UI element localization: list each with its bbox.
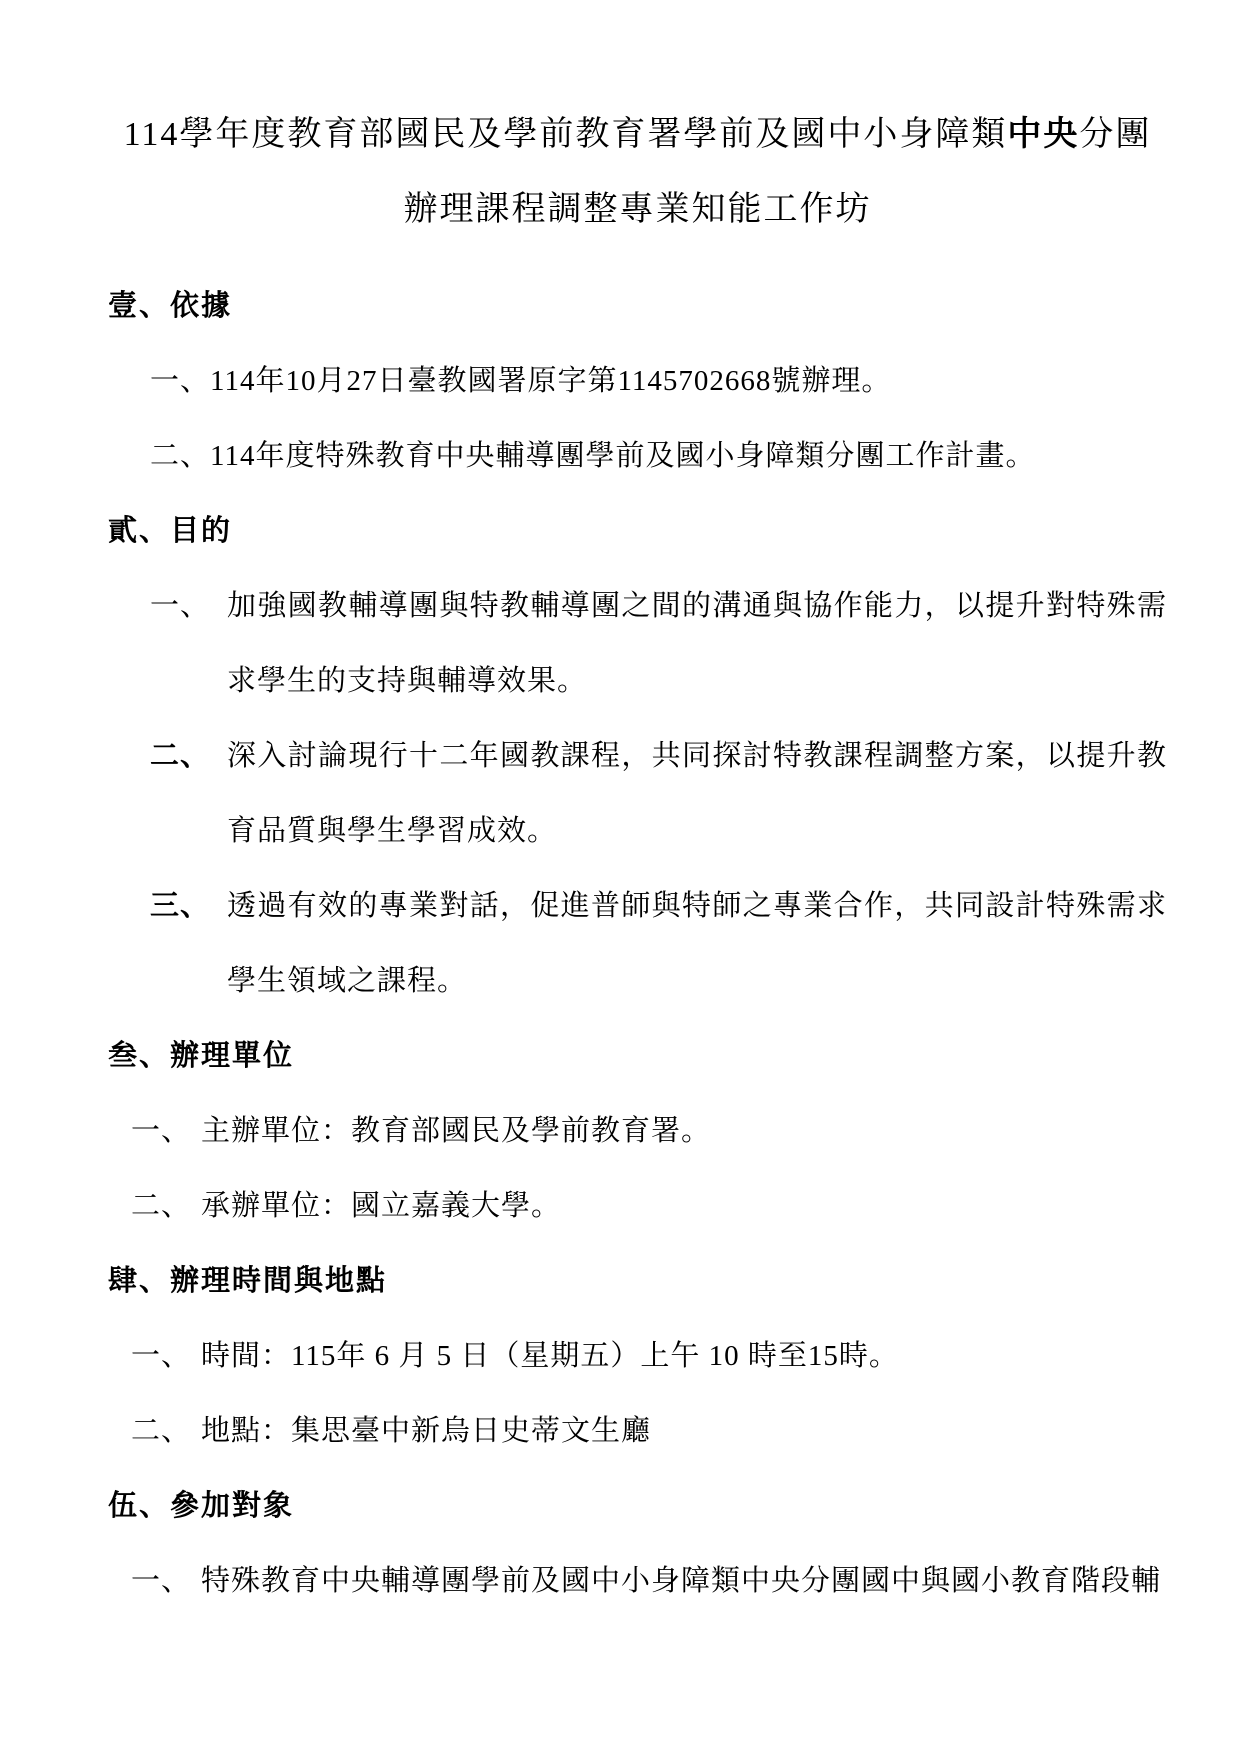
list-item: 一、時間：115年 6 月 5 日（星期五）上午 10 時至15時。 <box>131 1319 1167 1394</box>
item-text: 114年10月27日臺教國署原字第1145702668號辦理。 <box>210 365 891 397</box>
document-page: 114學年度教育部國民及學前教育署學前及國中小身障類中央分團 辦理課程調整專業知… <box>0 0 1241 1755</box>
list-item: 二、深入討論現行十二年國教課程，共同探討特教課程調整方案，以提升教育品質與學生學… <box>150 719 1167 869</box>
item-number: 二、 <box>150 440 210 472</box>
list-item: 二、114年度特殊教育中央輔導團學前及國小身障類分團工作計畫。 <box>150 419 1167 494</box>
item-number: 一、 <box>131 1544 201 1619</box>
section-heading-2: 貳、目的 <box>108 494 1167 569</box>
item-number: 一、 <box>131 1094 201 1169</box>
list-item: 一、主辦單位：教育部國民及學前教育署。 <box>131 1094 1167 1169</box>
item-text: 特殊教育中央輔導團學前及國中小身障類中央分團國中與國小教育階段輔 <box>201 1544 1167 1619</box>
item-text: 承辦單位：國立嘉義大學。 <box>201 1169 1167 1244</box>
item-number: 一、 <box>131 1319 201 1394</box>
list-item: 一、114年10月27日臺教國署原字第1145702668號辦理。 <box>150 344 1167 419</box>
list-item: 二、承辦單位：國立嘉義大學。 <box>131 1169 1167 1244</box>
item-text: 時間：115年 6 月 5 日（星期五）上午 10 時至15時。 <box>201 1319 1167 1394</box>
item-number: 一、 <box>150 365 210 397</box>
list-item: 三、透過有效的專業對話，促進普師與特師之專業合作，共同設計特殊需求學生領域之課程… <box>150 869 1167 1019</box>
item-number: 二、 <box>131 1169 201 1244</box>
section-heading-4: 肆、辦理時間與地點 <box>108 1244 1167 1319</box>
title-line1-text-post: 分團 <box>1079 116 1151 153</box>
list-item: 一、加強國教輔導團與特教輔導團之間的溝通與協作能力，以提升對特殊需求學生的支持與… <box>150 569 1167 719</box>
document-title: 114學年度教育部國民及學前教育署學前及國中小身障類中央分團 辦理課程調整專業知… <box>108 97 1167 247</box>
item-text: 114年度特殊教育中央輔導團學前及國小身障類分團工作計畫。 <box>210 440 1035 472</box>
section-heading-5: 伍、參加對象 <box>108 1469 1167 1544</box>
item-number: 一、 <box>150 569 227 719</box>
item-text: 深入討論現行十二年國教課程，共同探討特教課程調整方案，以提升教育品質與學生學習成… <box>227 719 1167 869</box>
section-heading-3: 叁、辦理單位 <box>108 1019 1167 1094</box>
document-title-line2: 辦理課程調整專業知能工作坊 <box>108 172 1167 247</box>
item-text: 加強國教輔導團與特教輔導團之間的溝通與協作能力，以提升對特殊需求學生的支持與輔導… <box>227 569 1167 719</box>
section-heading-1: 壹、依據 <box>108 269 1167 344</box>
item-number: 二、 <box>150 719 227 869</box>
document-body: 壹、依據 一、114年10月27日臺教國署原字第1145702668號辦理。 二… <box>108 269 1167 1619</box>
item-number: 二、 <box>131 1394 201 1469</box>
title-line1-text-pre: 114學年度教育部國民及學前教育署學前及國中小身障類 <box>124 116 1008 153</box>
item-number: 三、 <box>150 869 227 1019</box>
document-title-line1: 114學年度教育部國民及學前教育署學前及國中小身障類中央分團 <box>108 97 1167 172</box>
list-item: 一、特殊教育中央輔導團學前及國中小身障類中央分團國中與國小教育階段輔 <box>131 1544 1167 1619</box>
title-line1-text-bold: 中央 <box>1007 116 1079 153</box>
item-text: 地點：集思臺中新烏日史蒂文生廳 <box>201 1394 1167 1469</box>
list-item: 二、地點：集思臺中新烏日史蒂文生廳 <box>131 1394 1167 1469</box>
item-text: 主辦單位：教育部國民及學前教育署。 <box>201 1094 1167 1169</box>
item-text: 透過有效的專業對話，促進普師與特師之專業合作，共同設計特殊需求學生領域之課程。 <box>227 869 1167 1019</box>
